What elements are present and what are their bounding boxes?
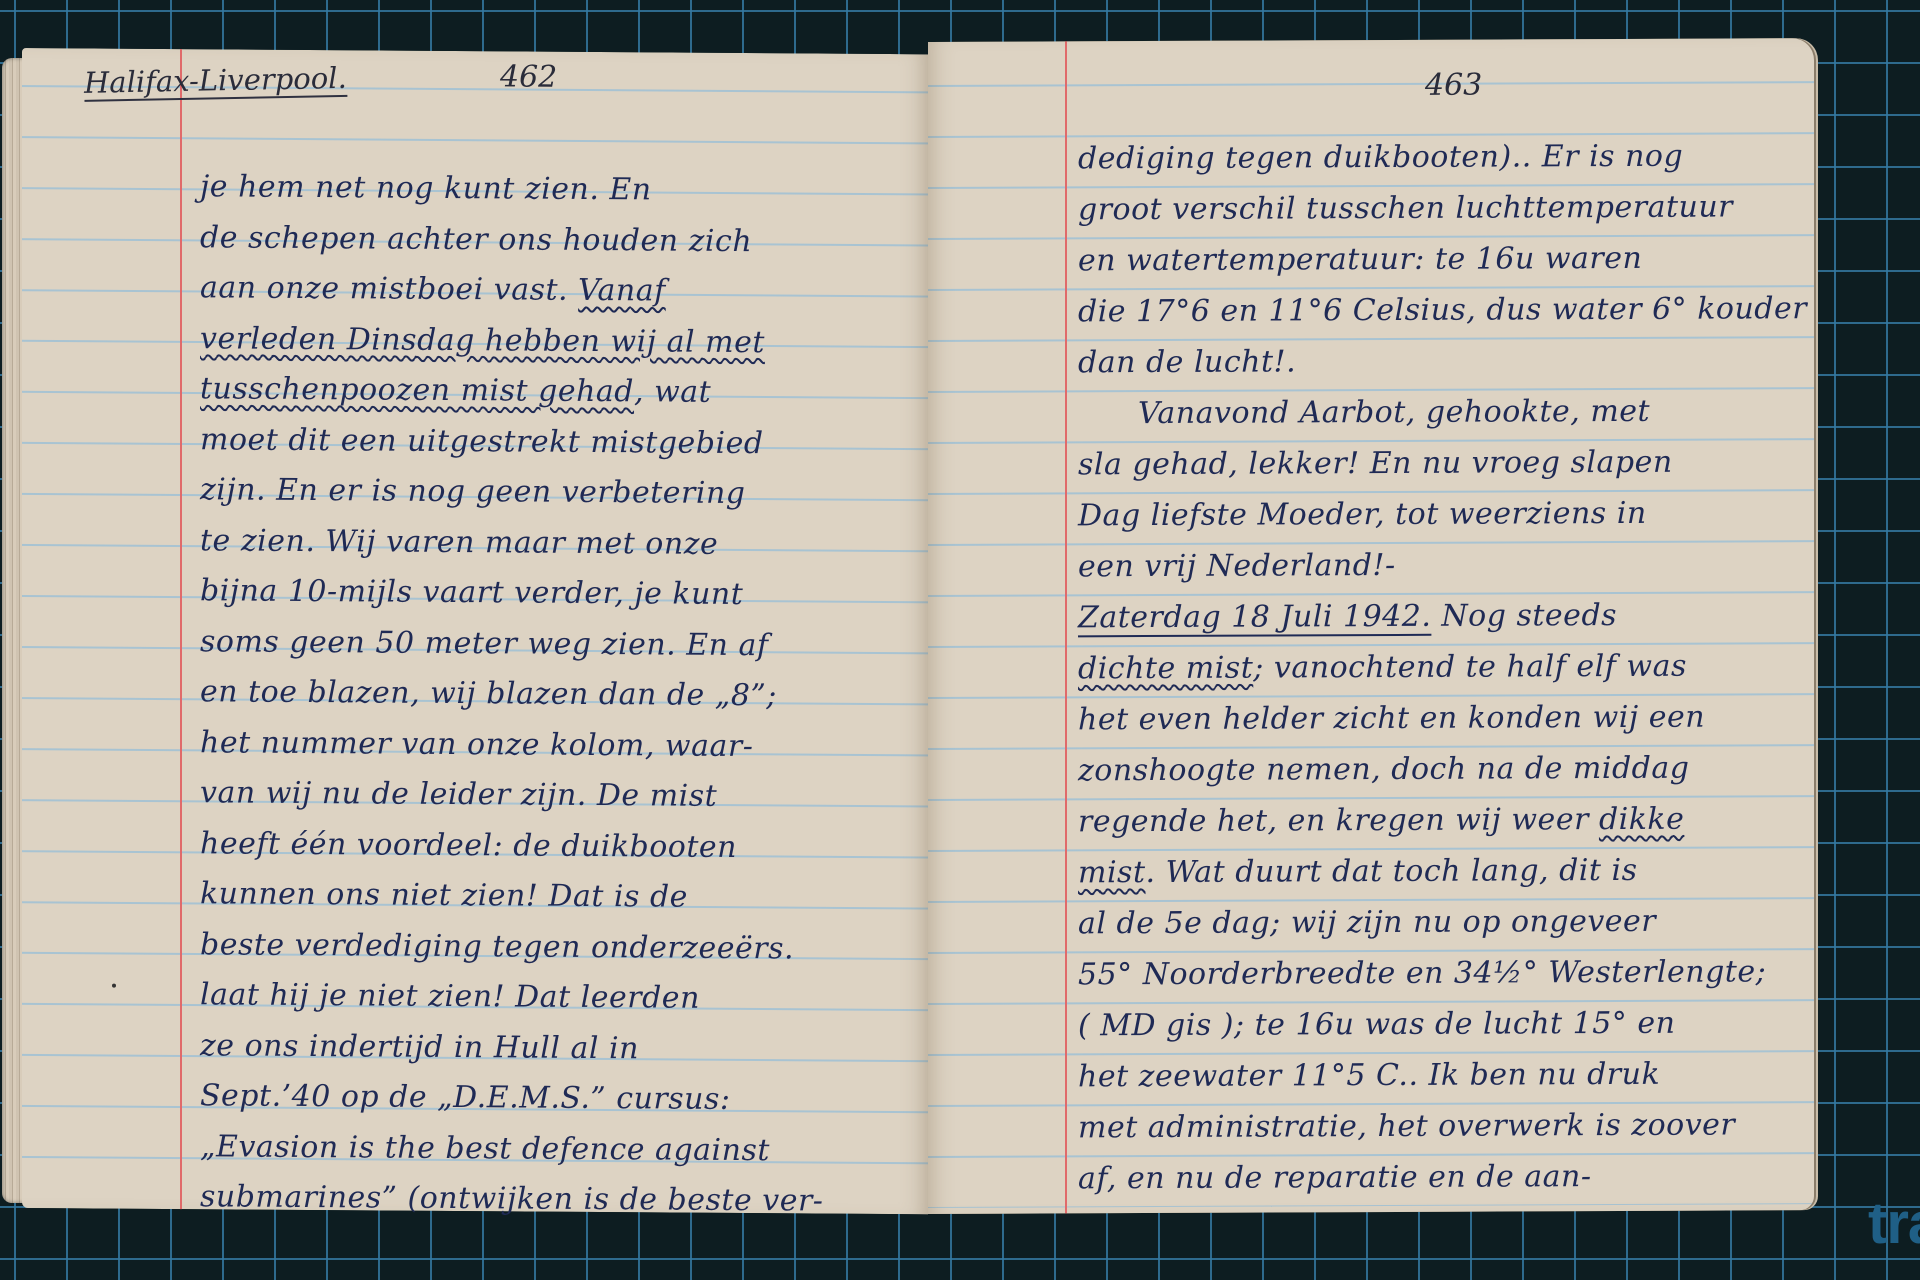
handwritten-line: die 17°6 en 11°6 Celsius, dus water 6° k… (1078, 289, 1807, 332)
line-text: dediging tegen duikbooten).. Er is nog (1078, 139, 1683, 177)
handwritten-line: Zaterdag 18 Juli 1942. Nog steeds (1078, 596, 1617, 638)
line-text: je hem net nog kunt zien. En (200, 169, 652, 207)
line-text: bijna 10-mijls vaart verder, je kunt (200, 573, 743, 612)
line-text: Dag liefste Moeder, tot weerziens in (1078, 496, 1647, 533)
handwritten-line: de schepen achter ons houden zich (200, 218, 752, 262)
line-text: 55° Noorderbreedte en 34½° Westerlengte; (1078, 954, 1766, 992)
handwritten-line: zijn. En er is nog geen verbetering (200, 470, 745, 514)
line-text: het zeewater 11°5 C.. Ik ben nu druk (1078, 1057, 1660, 1095)
underlined-text: dikke (1599, 802, 1684, 837)
line-text: ze ons indertijd in Hull al in (200, 1028, 639, 1066)
line-text: af, en nu de reparatie en de aan- (1078, 1159, 1591, 1196)
handwritten-line: dediging tegen duikbooten).. Er is nog (1078, 137, 1683, 180)
line-text: groot verschil tusschen luchttemperatuur (1078, 189, 1733, 227)
line-text: al de 5e dag; wij zijn nu op ongeveer (1078, 904, 1656, 942)
line-text: en toe blazen, wij blazen dan de „8”; (200, 674, 777, 713)
handwritten-line: en watertemperatuur: te 16u waren (1078, 239, 1642, 281)
handwritten-line: je hem net nog kunt zien. En (200, 167, 652, 210)
line-text: aan onze mistboei vast. (200, 270, 578, 308)
line-text: beste verdediging tegen onderzeeërs. (200, 927, 794, 966)
handwritten-line: met administratie, het overwerk is zoove… (1078, 1105, 1735, 1148)
margin-line (1065, 41, 1067, 1213)
line-text: het even helder zicht en konden wij een (1078, 700, 1705, 738)
handwritten-line: moet dit een uitgestrekt mistgebied (200, 420, 764, 464)
handwritten-line: dan de lucht!. (1078, 342, 1296, 383)
line-text: moet dit een uitgestrekt mistgebied (200, 422, 764, 461)
line-text: een vrij Nederland!- (1078, 548, 1396, 584)
line-text: Nog steeds (1431, 598, 1617, 634)
handwritten-line: mist. Wat duurt dat toch lang, dit is (1078, 851, 1637, 893)
handwritten-line: en toe blazen, wij blazen dan de „8”; (200, 672, 777, 716)
right-page-text: dediging tegen duikbooten).. Er is noggr… (928, 38, 1814, 42)
ink-dot (112, 984, 116, 988)
handwritten-line: Vanavond Aarbot, gehookte, met (1138, 392, 1650, 434)
underlined-text: Zaterdag 18 Juli 1942. (1078, 599, 1431, 636)
line-text: Sept.’40 op de „D.E.M.S.” cursus: (200, 1078, 730, 1117)
line-text: ( MD gis ); te 16u was de lucht 15° en (1078, 1006, 1675, 1044)
line-text: regende het, en kregen wij weer (1078, 802, 1599, 839)
line-text: die 17°6 en 11°6 Celsius, dus water 6° k… (1078, 291, 1807, 329)
line-text: „Evasion is the best defence against (200, 1129, 770, 1168)
line-text: . Wat duurt dat toch lang, dit is (1146, 853, 1638, 890)
line-text: , wat (634, 374, 711, 410)
handwritten-line: aan onze mistboei vast. Vanaf (200, 268, 666, 311)
underlined-text: mist (1078, 855, 1146, 890)
line-text: laat hij je niet zien! Dat leerden (200, 977, 700, 1015)
line-text: de schepen achter ons houden zich (200, 220, 752, 259)
handwritten-line: heeft één voordeel: de duikbooten (200, 824, 737, 868)
line-text: kunnen ons niet zien! Dat is de (200, 876, 688, 914)
left-page-text: je hem net nog kunt zien. Ende schepen a… (22, 48, 928, 54)
handwritten-line: dichte mist; vanochtend te half elf was (1078, 647, 1687, 690)
handwritten-line: verleden Dinsdag hebben wij al met (200, 319, 765, 363)
line-text: sla gehad, lekker! En nu vroeg slapen (1078, 445, 1673, 483)
handwritten-line: al de 5e dag; wij zijn nu op ongeveer (1078, 902, 1656, 945)
page-number: 462 (500, 59, 557, 94)
handwritten-line: bijna 10-mijls vaart verder, je kunt (200, 571, 743, 615)
handwritten-line: te zien. Wij varen maar met onze (200, 521, 718, 565)
line-text: en watertemperatuur: te 16u waren (1078, 241, 1642, 278)
page-header-title: Halifax-Liverpool. (84, 61, 348, 102)
handwritten-line: sla gehad, lekker! En nu vroeg slapen (1078, 443, 1673, 486)
line-text: het nummer van onze kolom, waar- (200, 725, 753, 764)
line-text: van wij nu de leider zijn. De mist (200, 775, 717, 814)
handwritten-line: ( MD gis ); te 16u was de lucht 15° en (1078, 1004, 1675, 1047)
line-text: heeft één voordeel: de duikbooten (200, 826, 737, 865)
line-text: dan de lucht!. (1078, 344, 1296, 380)
underlined-text: Vanaf (578, 273, 666, 309)
handwritten-line: laat hij je niet zien! Dat leerden (200, 975, 700, 1018)
line-text: soms geen 50 meter weg zien. En af (200, 624, 768, 663)
left-page: Halifax-Liverpool. 462 je hem net nog ku… (22, 48, 928, 1214)
underlined-text: tusschenpoozen mist gehad (200, 371, 634, 409)
line-text: met administratie, het overwerk is zoove… (1078, 1107, 1735, 1145)
handwritten-line: regende het, en kregen wij weer dikke (1078, 800, 1684, 843)
handwritten-line: „Evasion is the best defence against (200, 1127, 770, 1171)
margin-line (180, 49, 182, 1209)
handwritten-line: het zeewater 11°5 C.. Ik ben nu druk (1078, 1055, 1660, 1098)
underlined-text: dichte mist (1078, 651, 1253, 687)
line-text: zonshoogte nemen, doch na de middag (1078, 751, 1689, 789)
handwritten-line: zonshoogte nemen, doch na de middag (1078, 749, 1689, 792)
handwritten-line: tusschenpoozen mist gehad, wat (200, 369, 711, 413)
handwritten-line: soms geen 50 meter weg zien. En af (200, 622, 768, 666)
line-text: submarines” (ontwijken is de beste ver- (200, 1179, 823, 1218)
page-number: 463 (1425, 68, 1482, 103)
handwritten-line: beste verdediging tegen onderzeeërs. (200, 925, 794, 969)
handwritten-line: het even helder zicht en konden wij een (1078, 698, 1705, 741)
handwritten-line: groot verschil tusschen luchttemperatuur (1078, 187, 1733, 230)
line-text: ; vanochtend te half elf was (1253, 649, 1687, 686)
handwritten-line: af, en nu de reparatie en de aan- (1078, 1157, 1591, 1199)
right-page: 463 dediging tegen duikbooten).. Er is n… (928, 38, 1814, 1214)
handwritten-line: een vrij Nederland!- (1078, 546, 1396, 587)
handwritten-line: kunnen ons niet zien! Dat is de (200, 874, 688, 917)
handwritten-line: Dag liefste Moeder, tot weerziens in (1078, 494, 1647, 536)
handwritten-line: ze ons indertijd in Hull al in (200, 1026, 639, 1069)
underlined-text: verleden Dinsdag hebben wij al met (200, 321, 765, 360)
handwritten-line: van wij nu de leider zijn. De mist (200, 773, 717, 817)
line-text: te zien. Wij varen maar met onze (200, 523, 718, 562)
handwritten-line: submarines” (ontwijken is de beste ver- (200, 1177, 823, 1221)
line-text: Vanavond Aarbot, gehookte, met (1138, 394, 1650, 431)
handwritten-line: het nummer van onze kolom, waar- (200, 723, 753, 767)
handwritten-line: Sept.’40 op de „D.E.M.S.” cursus: (200, 1076, 730, 1120)
open-notebook: Halifax-Liverpool. 462 je hem net nog ku… (0, 0, 1920, 1280)
line-text: zijn. En er is nog geen verbetering (200, 472, 745, 511)
handwritten-line: 55° Noorderbreedte en 34½° Westerlengte; (1078, 952, 1766, 995)
